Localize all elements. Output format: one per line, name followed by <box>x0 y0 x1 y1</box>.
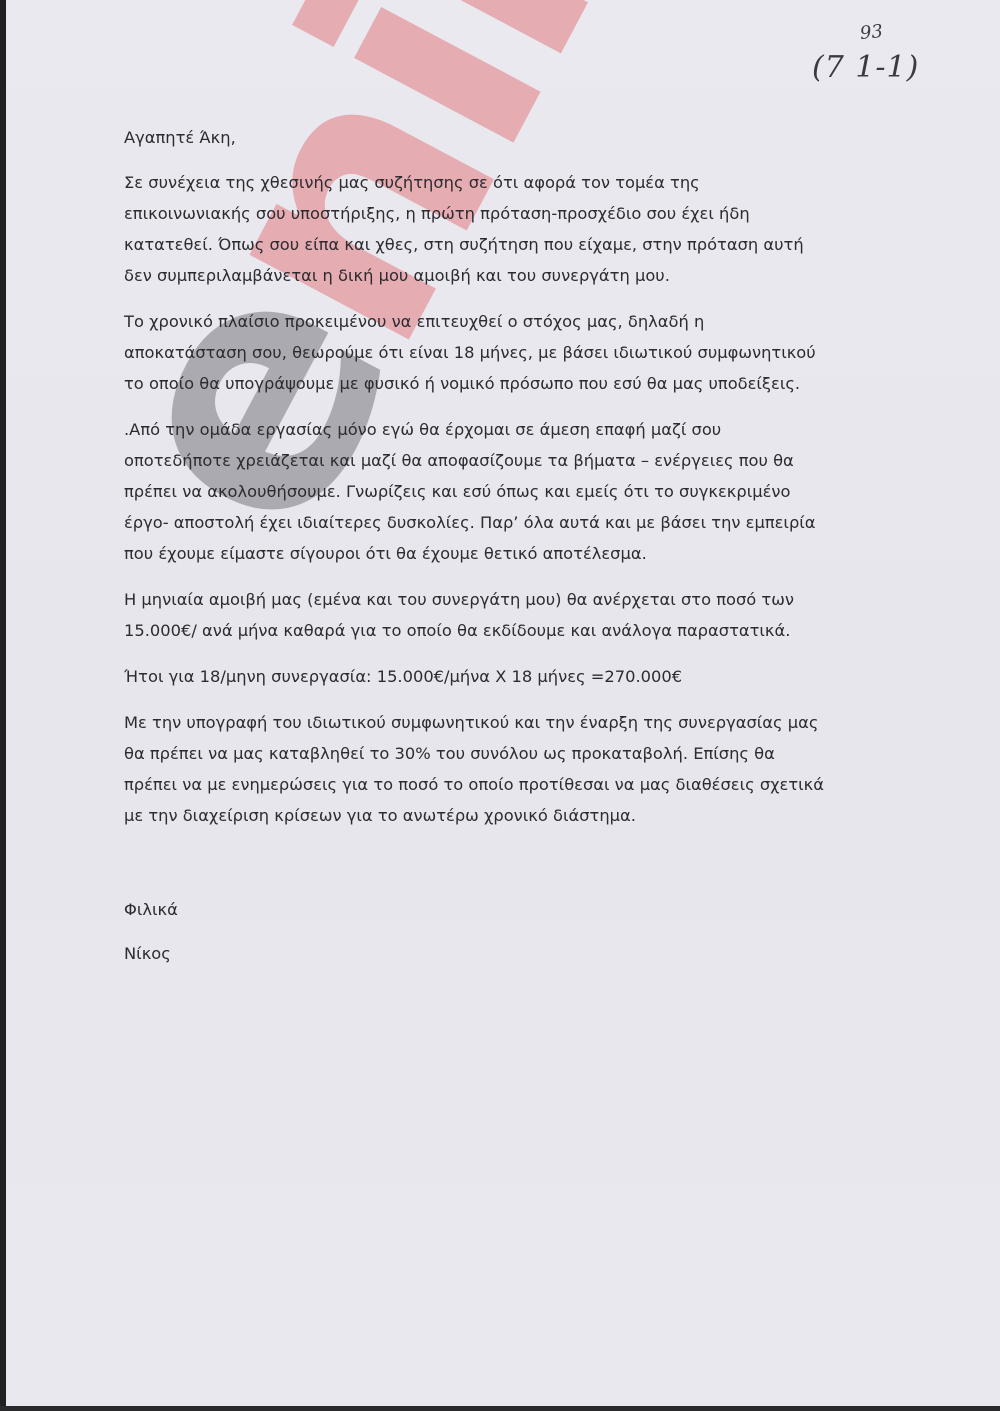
handwritten-page-number: 93 <box>859 21 884 44</box>
handwritten-reference-code: (7 1-1) <box>812 50 919 85</box>
closing: Φιλικά <box>124 894 824 925</box>
signature: Νίκος <box>124 938 824 969</box>
paragraph-working-method: .Από την ομάδα εργασίας μόνο εγώ θα έρχο… <box>124 414 824 569</box>
salutation: Αγαπητέ Άκη, <box>124 122 824 153</box>
paragraph-timeframe: Το χρονικό πλαίσιο προκειμένου να επιτευ… <box>124 306 824 399</box>
paragraph-context: Σε συνέχεια της χθεσινής μας συζήτησης σ… <box>124 167 824 291</box>
paragraph-advance-payment: Με την υπογραφή του ιδιωτικού συμφωνητικ… <box>124 707 824 831</box>
paragraph-total-fee: Ήτοι για 18/μηνη συνεργασία: 15.000€/μήν… <box>124 661 824 692</box>
scan-border-bottom <box>0 1406 1000 1411</box>
letter-body: Αγαπητέ Άκη, Σε συνέχεια της χθεσινής μα… <box>124 122 824 969</box>
paragraph-monthly-fee: Η μηνιαία αμοιβή μας (εμένα και του συνε… <box>124 584 824 646</box>
